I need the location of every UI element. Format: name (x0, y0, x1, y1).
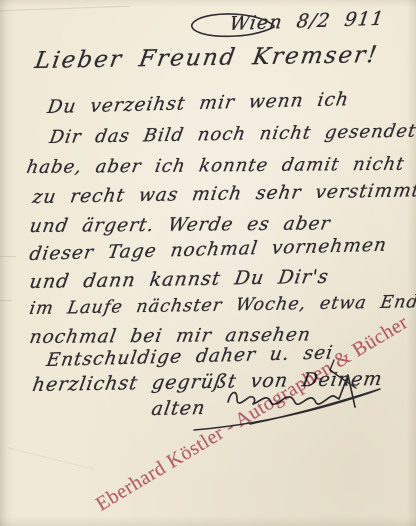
closing-line: alten (150, 397, 207, 420)
letter-line: habe, aber ich konnte damit nicht (25, 154, 406, 178)
scanned-letter-page: Wien 8/2 911 Lieber Freund Kremser! Du v… (0, 0, 416, 526)
letter-line: und ärgert. Werde es aber (28, 213, 332, 237)
